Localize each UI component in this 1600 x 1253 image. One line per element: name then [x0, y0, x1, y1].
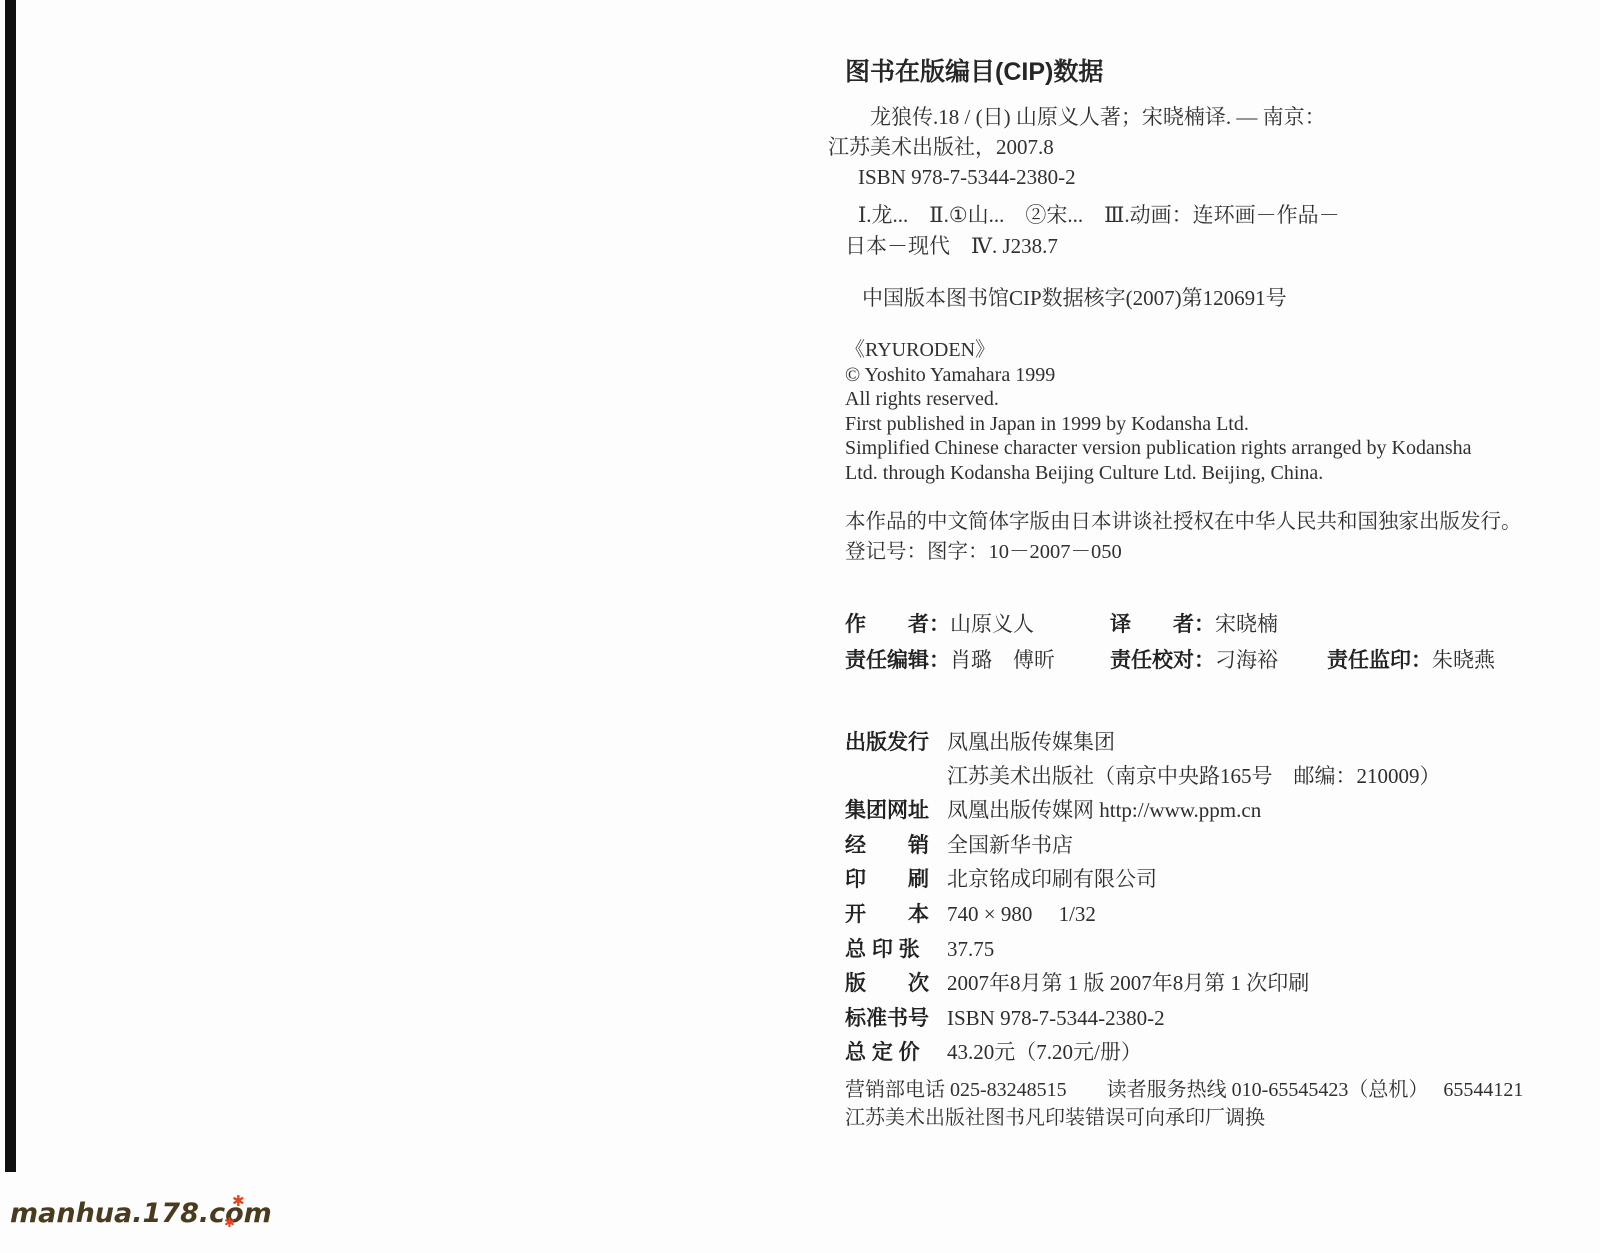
cip-record-number: 中国版本图书馆CIP数据核字(2007)第120691号: [862, 282, 1287, 312]
sheets-value: 37.75: [947, 937, 994, 961]
star-icon: ✱: [224, 1216, 235, 1231]
classification-line2: 日本－现代 Ⅳ. J238.7: [828, 231, 1340, 262]
classification-line1: Ⅰ.龙... Ⅱ.①山... ②宋... Ⅲ.动画：连环画－作品－: [828, 200, 1340, 231]
isbn-row: 标准书号ISBN 978-7-5344-2380-2: [845, 1002, 1441, 1037]
price-label: 总 定 价: [845, 1036, 933, 1066]
translator-label: 译 者：: [1110, 613, 1215, 636]
copyright-first-published: First published in Japan in 1999 by Koda…: [845, 412, 1471, 437]
edition-value: 2007年8月第 1 版 2007年8月第 1 次印刷: [947, 971, 1309, 995]
translator-name: 宋晓楠: [1215, 612, 1278, 636]
publisher-address: 江苏美术出版社（南京中央路165号 邮编：210009）: [947, 764, 1441, 788]
site-watermark: manhua.178.com ✱ ✱: [10, 1198, 272, 1238]
website-row: 集团网址凤凰出版传媒网 http://www.ppm.cn: [845, 794, 1441, 829]
price-value: 43.20元（7.20元/册）: [947, 1040, 1142, 1064]
publisher-row: 出版发行凤凰出版传媒集团: [845, 726, 1441, 761]
author-label: 作 者：: [845, 613, 950, 636]
contact-phones: 营销部电话 025-83248515 读者服务热线 010-65545423（总…: [845, 1077, 1523, 1105]
format-row: 开 本740 × 980 1/32: [845, 898, 1441, 933]
edition-label: 版 次: [845, 967, 933, 997]
printing-value: 北京铭成印刷有限公司: [947, 867, 1157, 891]
price-row: 总 定 价43.20元（7.20元/册）: [845, 1036, 1441, 1071]
editor-names: 肖璐 傅昕: [950, 648, 1055, 672]
license-statement: 本作品的中文简体字版由日本讲谈社授权在中华人民共和国独家出版发行。 登记号：图字…: [845, 507, 1522, 567]
contact-footer: 营销部电话 025-83248515 读者服务热线 010-65545423（总…: [845, 1077, 1523, 1132]
sheets-label: 总 印 张: [845, 933, 933, 963]
isbn-label: 标准书号: [845, 1002, 933, 1032]
cip-entry-line1: 龙狼传.18 / (日) 山原义人著；宋晓楠译. — 南京：: [828, 102, 1326, 132]
cip-entry: 龙狼传.18 / (日) 山原义人著；宋晓楠译. — 南京： 江苏美术出版社，2…: [828, 102, 1326, 192]
proofreader-name: 刁海裕: [1215, 648, 1278, 672]
scanned-colophon-page: 图书在版编目(CIP)数据 龙狼传.18 / (日) 山原义人著；宋晓楠译. —…: [0, 0, 1600, 1253]
editor-label: 责任编辑：: [845, 649, 950, 672]
author-credit: 作 者：山原义人: [845, 608, 1034, 638]
copyright-holder: © Yoshito Yamahara 1999: [845, 363, 1471, 388]
printing-row: 印 刷北京铭成印刷有限公司: [845, 863, 1441, 898]
distribution-row: 经 销全国新华书店: [845, 829, 1441, 864]
editor-credit: 责任编辑：肖璐 傅昕: [845, 644, 1055, 674]
cip-entry-line3: ISBN 978-7-5344-2380-2: [828, 162, 1326, 192]
author-name: 山原义人: [950, 612, 1034, 636]
license-line: 本作品的中文简体字版由日本讲谈社授权在中华人民共和国独家出版发行。: [845, 507, 1522, 537]
website-label: 集团网址: [845, 794, 933, 824]
return-notice: 江苏美术出版社图书凡印装错误可向承印厂调换: [845, 1105, 1523, 1133]
publisher-label: 出版发行: [845, 726, 933, 756]
copyright-title: 《RYURODEN》: [845, 338, 1471, 363]
publisher-row-2: 江苏美术出版社（南京中央路165号 邮编：210009）: [845, 760, 1441, 795]
proofreader-label: 责任校对：: [1110, 649, 1215, 672]
distribution-value: 全国新华书店: [947, 833, 1073, 857]
copyright-notice: 《RYURODEN》 © Yoshito Yamahara 1999 All r…: [845, 338, 1471, 485]
publisher-value: 凤凰出版传媒集团: [947, 730, 1115, 754]
format-label: 开 本: [845, 898, 933, 928]
translator-credit: 译 者：宋晓楠: [1110, 608, 1278, 638]
cip-heading: 图书在版编目(CIP)数据: [845, 52, 1103, 88]
print-supervisor-name: 朱晓燕: [1432, 648, 1495, 672]
publication-details: 出版发行凤凰出版传媒集团 江苏美术出版社（南京中央路165号 邮编：210009…: [845, 726, 1441, 1071]
edition-row: 版 次2007年8月第 1 版 2007年8月第 1 次印刷: [845, 967, 1441, 1002]
copyright-arranged-2: Ltd. through Kodansha Beijing Culture Lt…: [845, 461, 1471, 486]
printing-label: 印 刷: [845, 863, 933, 893]
sheets-row: 总 印 张37.75: [845, 933, 1441, 968]
scan-edge-artifact: [5, 0, 16, 1172]
registration-number: 登记号：图字：10－2007－050: [845, 537, 1522, 567]
format-value: 740 × 980 1/32: [947, 902, 1096, 926]
print-supervisor-credit: 责任监印：朱晓燕: [1327, 644, 1495, 674]
copyright-arranged-1: Simplified Chinese character version pub…: [845, 436, 1471, 461]
distribution-label: 经 销: [845, 829, 933, 859]
website-value: 凤凰出版传媒网 http://www.ppm.cn: [947, 798, 1261, 822]
cip-classification: Ⅰ.龙... Ⅱ.①山... ②宋... Ⅲ.动画：连环画－作品－ 日本－现代 …: [828, 200, 1340, 262]
isbn-value: ISBN 978-7-5344-2380-2: [947, 1006, 1165, 1030]
star-icon: ✱: [232, 1192, 245, 1210]
print-supervisor-label: 责任监印：: [1327, 649, 1432, 672]
copyright-rights: All rights reserved.: [845, 387, 1471, 412]
proofreader-credit: 责任校对：刁海裕: [1110, 644, 1278, 674]
cip-entry-line2: 江苏美术出版社，2007.8: [828, 132, 1326, 162]
